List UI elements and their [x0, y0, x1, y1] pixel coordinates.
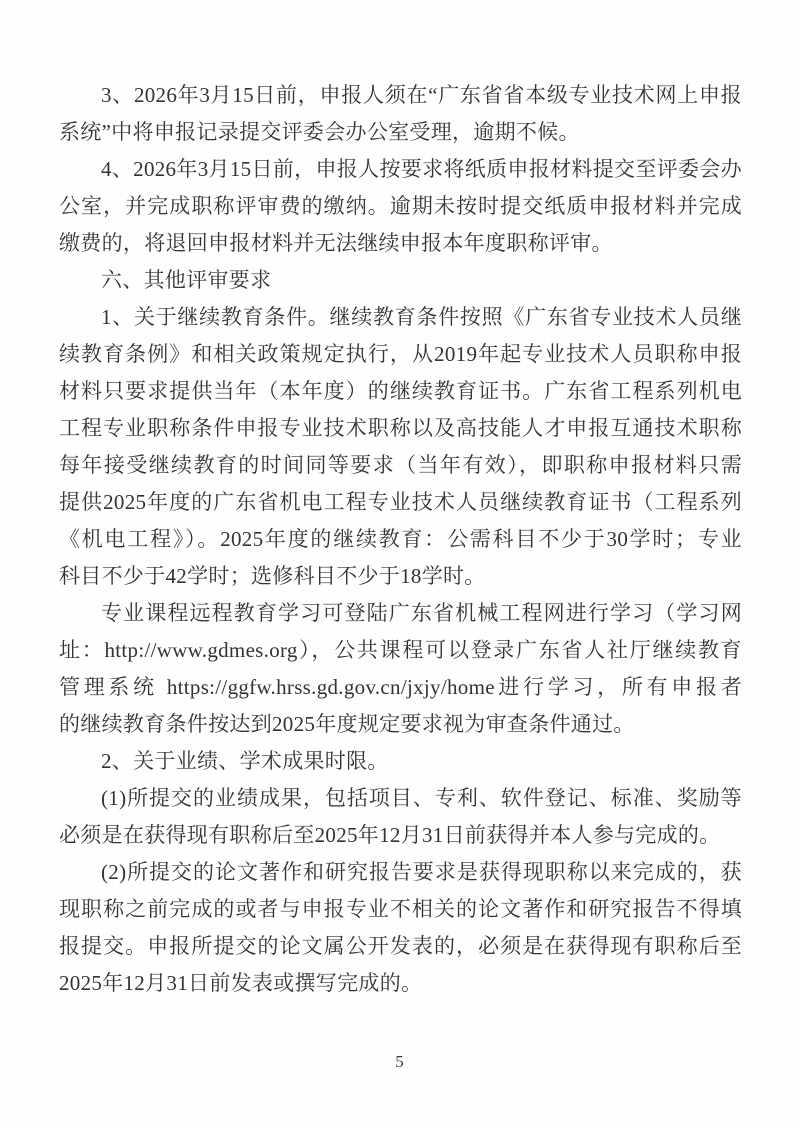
text-line: 必须是在获得现有职称后至2025年12月31日前获得并本人参与完成的。	[59, 817, 742, 854]
text-line: 3、2026年3月15日前，申报人须在“广东省省本级专业技术网上申报	[59, 77, 742, 114]
text-line: 4、2026年3月15日前，申报人按要求将纸质申报材料提交至评委会办	[59, 151, 742, 188]
page-number: 5	[0, 1052, 800, 1072]
text-line: 1、关于继续教育条件。继续教育条件按照《广东省专业技术人员继	[59, 299, 742, 336]
text-line: 管理系统 https://ggfw.hrss.gd.gov.cn/jxjy/ho…	[59, 669, 742, 706]
text-line: 缴费的，将退回申报材料并无法继续申报本年度职称评审。	[59, 225, 742, 262]
text-line: 专业课程远程教育学习可登陆广东省机械工程网进行学习（学习网	[59, 595, 742, 632]
text-line: 系统”中将申报记录提交评委会办公室受理，逾期不候。	[59, 114, 742, 151]
text-line: 公室，并完成职称评审费的缴纳。逾期未按时提交纸质申报材料并完成	[59, 188, 742, 225]
document-page: 3、2026年3月15日前，申报人须在“广东省省本级专业技术网上申报系统”中将申…	[0, 0, 800, 1130]
text-line: 《机电工程》）。2025年度的继续教育：公需科目不少于30学时；专业	[59, 521, 742, 558]
text-line: 六、其他评审要求	[59, 262, 742, 299]
text-line: 报提交。申报所提交的论文属公开发表的，必须是在获得现有职称后至	[59, 928, 742, 965]
text-line: 2025年12月31日前发表或撰写完成的。	[59, 965, 742, 1002]
document-body: 3、2026年3月15日前，申报人须在“广东省省本级专业技术网上申报系统”中将申…	[59, 77, 742, 1002]
text-line: (2)所提交的论文著作和研究报告要求是获得现职称以来完成的，获	[59, 854, 742, 891]
text-line: 每年接受继续教育的时间同等要求（当年有效），即职称申报材料只需	[59, 447, 742, 484]
text-line: 现职称之前完成的或者与申报专业不相关的论文著作和研究报告不得填	[59, 891, 742, 928]
text-line: (1)所提交的业绩成果，包括项目、专利、软件登记、标准、奖励等	[59, 780, 742, 817]
text-line: 址：http://www.gdmes.org），公共课程可以登录广东省人社厅继续…	[59, 632, 742, 669]
text-line: 材料只要求提供当年（本年度）的继续教育证书。广东省工程系列机电	[59, 373, 742, 410]
text-line: 2、关于业绩、学术成果时限。	[59, 743, 742, 780]
text-line: 工程专业职称条件申报专业技术职称以及高技能人才申报互通技术职称	[59, 410, 742, 447]
text-line: 科目不少于42学时；选修科目不少于18学时。	[59, 558, 742, 595]
text-line: 提供2025年度的广东省机电工程专业技术人员继续教育证书（工程系列	[59, 484, 742, 521]
text-line: 续教育条例》和相关政策规定执行，从2019年起专业技术人员职称申报	[59, 336, 742, 373]
text-line: 的继续教育条件按达到2025年度规定要求视为审查条件通过。	[59, 706, 742, 743]
